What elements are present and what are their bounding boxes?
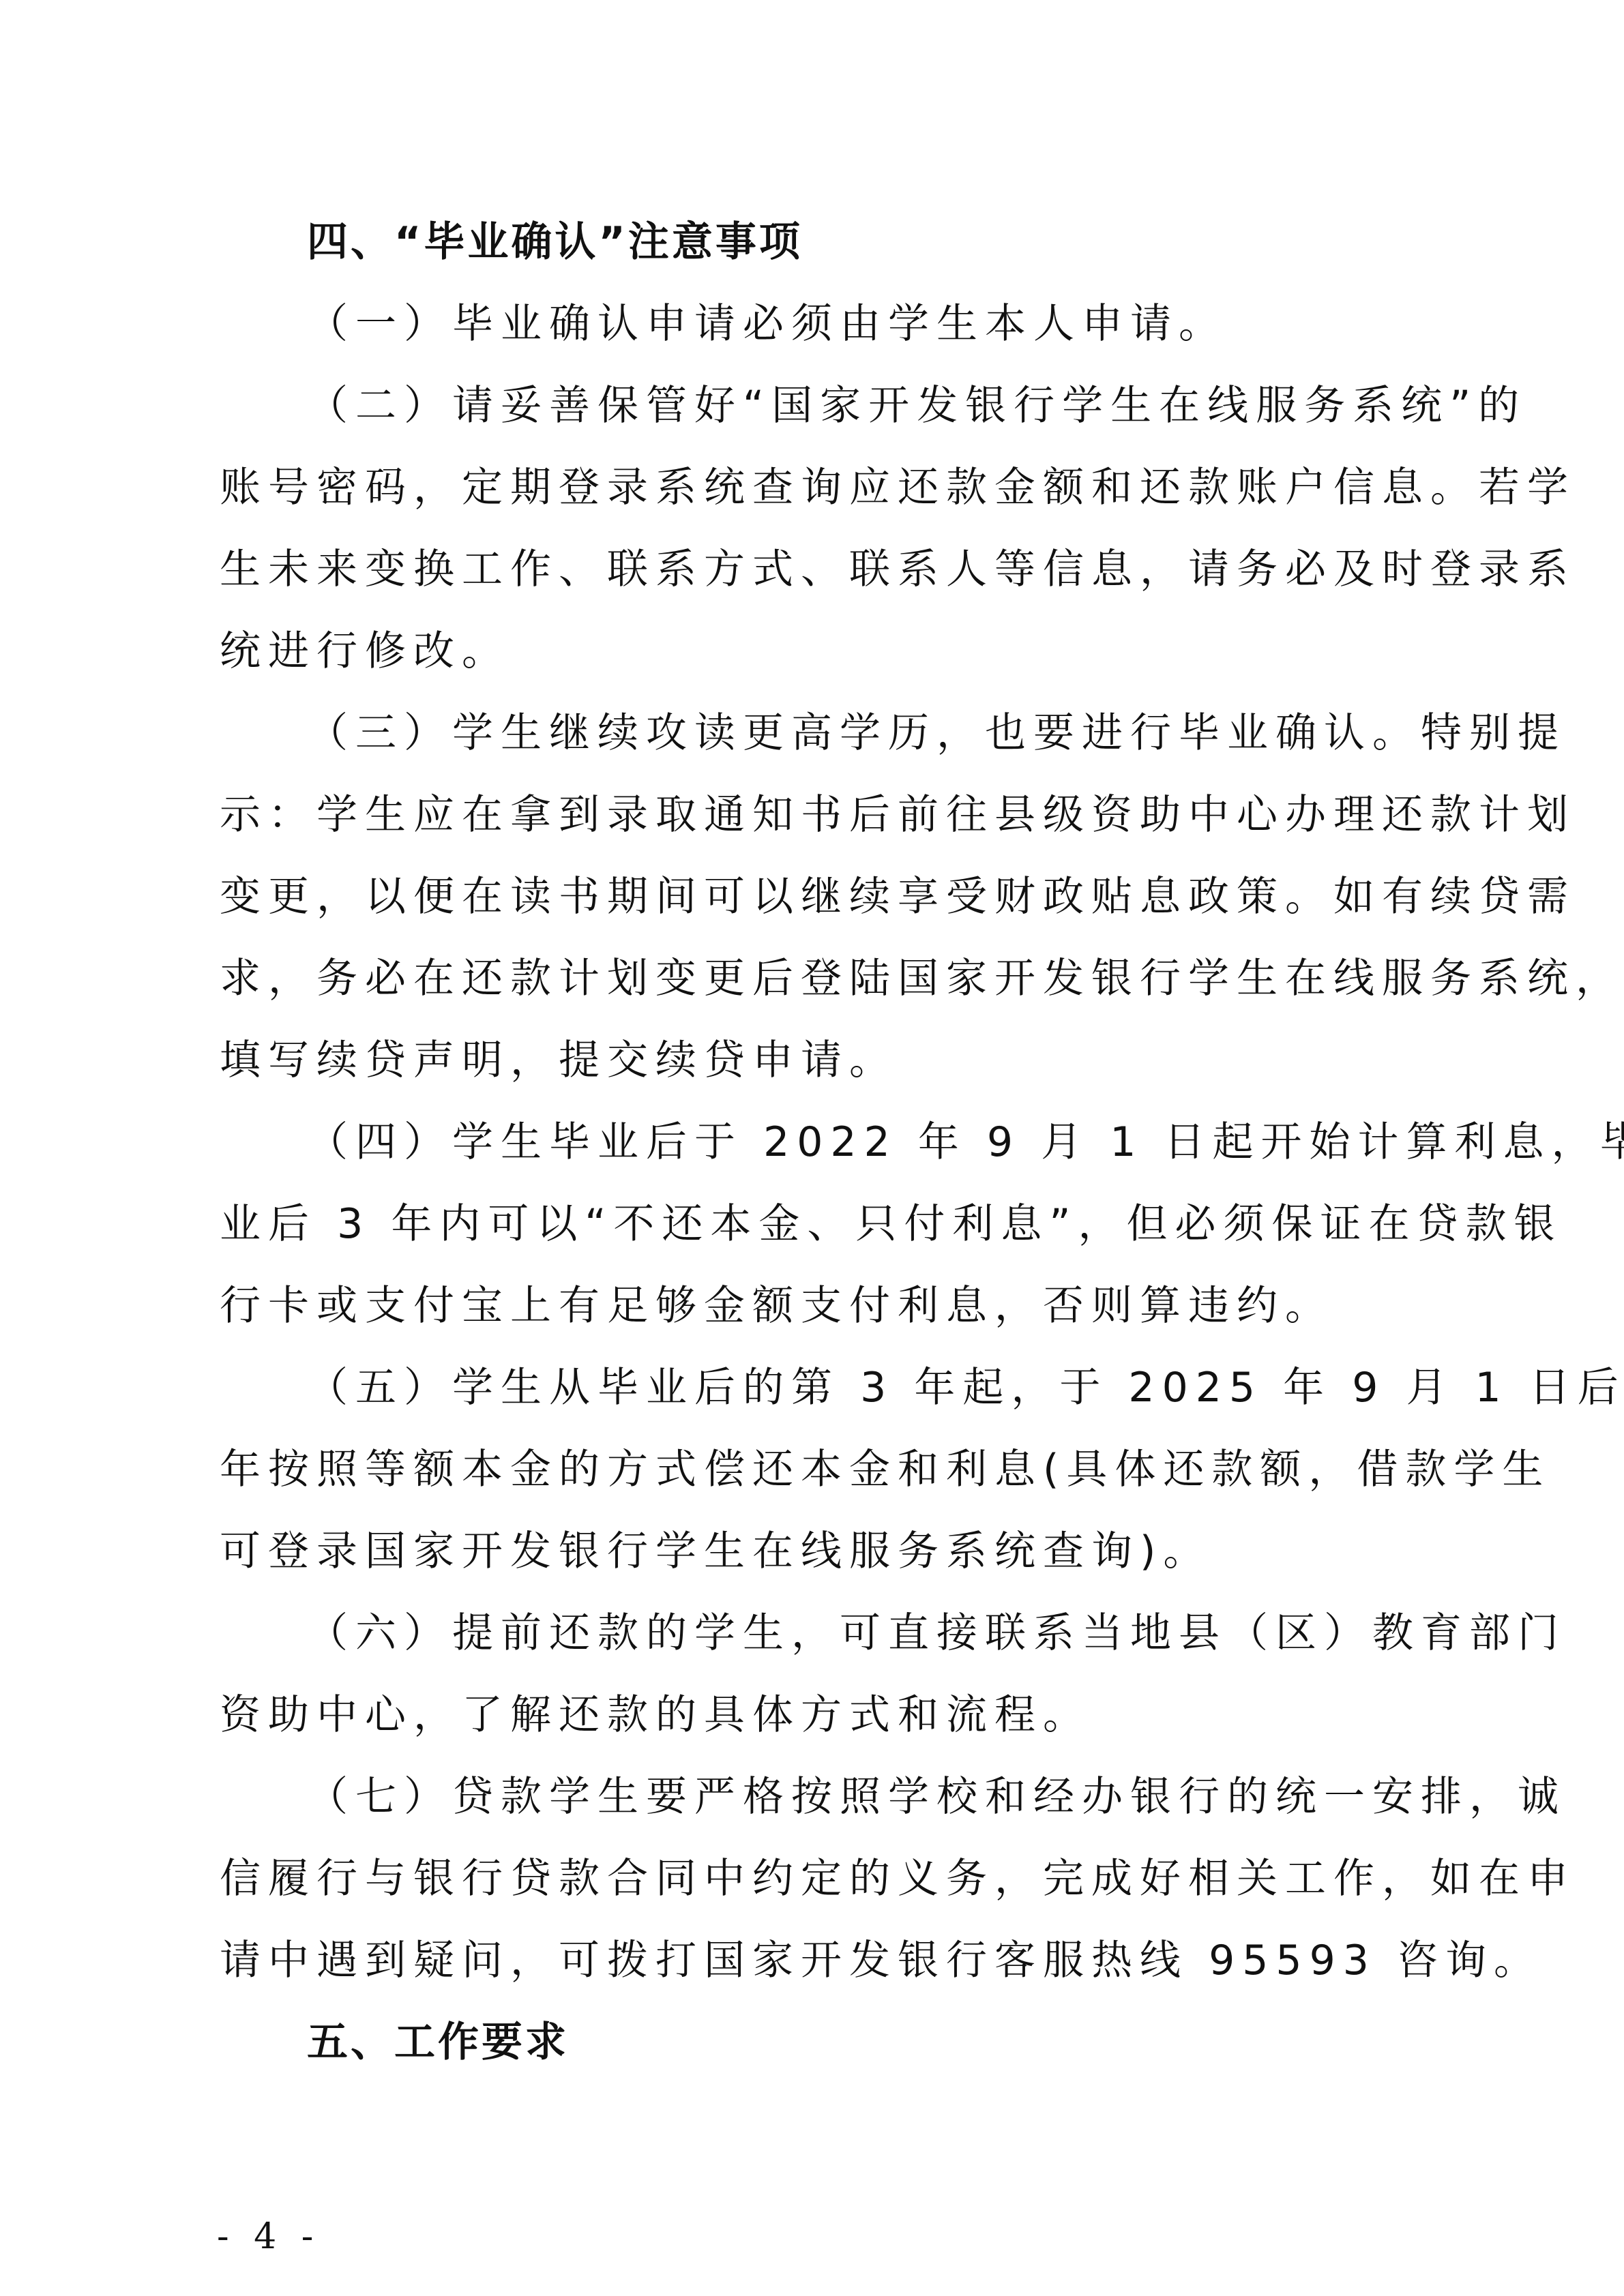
page-number: - 4 - [217, 2216, 320, 2257]
item-3-line-1: （三）学生继续攻读更高学历，也要进行毕业确认。特别提 [307, 706, 1514, 760]
item-2-line-2: 账号密码，定期登录系统查询应还款金额和还款账户信息。若学 [220, 460, 1427, 515]
item-4-line-2: 业后 3 年内可以“不还本金、只付利息”，但必须保证在贷款银 [220, 1197, 1427, 1251]
section-heading-4: 四、“毕业确认”注意事项 [307, 215, 1514, 269]
item-6-line-1: （六）提前还款的学生，可直接联系当地县（区）教育部门 [307, 1606, 1514, 1660]
section-heading-5: 五、工作要求 [307, 2015, 1514, 2070]
item-7-line-1: （七）贷款学生要严格按照学校和经办银行的统一安排，诚 [307, 1770, 1514, 1824]
item-1-line-1: （一）毕业确认申请必须由学生本人申请。 [307, 297, 1514, 351]
item-2-line-4: 统进行修改。 [220, 624, 1427, 679]
item-4-line-1: （四）学生毕业后于 2022 年 9 月 1 日起开始计算利息，毕 [307, 1115, 1514, 1169]
item-7-line-3: 请中遇到疑问，可拨打国家开发银行客服热线 95593 咨询。 [220, 1933, 1427, 1988]
item-6-line-2: 资助中心，了解还款的具体方式和流程。 [220, 1688, 1427, 1742]
item-3-line-5: 填写续贷声明，提交续贷申请。 [220, 1033, 1427, 1088]
item-3-line-2: 示：学生应在拿到录取通知书后前往县级资助中心办理还款计划 [220, 788, 1427, 842]
item-5-line-2: 年按照等额本金的方式偿还本金和利息(具体还款额，借款学生 [220, 1442, 1427, 1497]
item-3-line-3: 变更，以便在读书期间可以继续享受财政贴息政策。如有续贷需 [220, 869, 1427, 924]
item-4-line-3: 行卡或支付宝上有足够金额支付利息，否则算违约。 [220, 1279, 1427, 1333]
item-7-line-2: 信履行与银行贷款合同中约定的义务，完成好相关工作，如在申 [220, 1851, 1427, 1906]
item-3-line-4: 求，务必在还款计划变更后登陆国家开发银行学生在线服务系统， [220, 951, 1427, 1006]
item-5-line-1: （五）学生从毕业后的第 3 年起，于 2025 年 9 月 1 日后每 [307, 1360, 1514, 1415]
item-2-line-3: 生未来变换工作、联系方式、联系人等信息，请务必及时登录系 [220, 542, 1427, 597]
item-5-line-3: 可登录国家开发银行学生在线服务系统查询)。 [220, 1524, 1427, 1579]
item-2-line-1: （二）请妥善保管好“国家开发银行学生在线服务系统”的 [307, 378, 1514, 433]
